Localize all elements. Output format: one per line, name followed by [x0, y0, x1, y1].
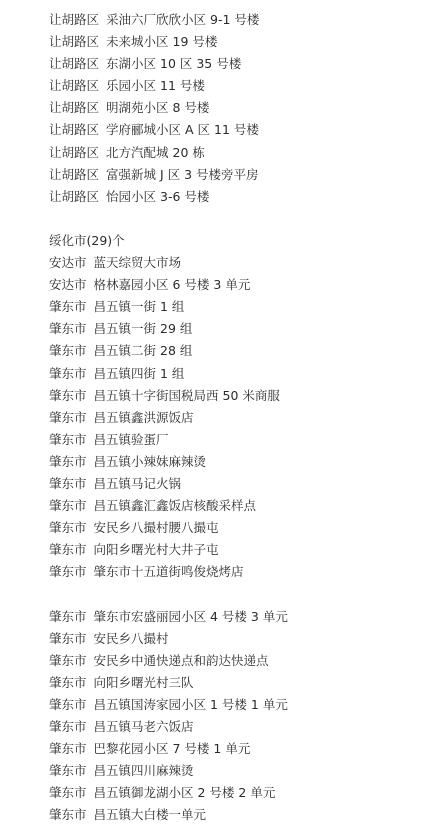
district-label: 让胡路区	[49, 142, 99, 164]
list-item: 肇东市昌五镇验蛋厂	[49, 429, 426, 451]
list-item: 肇东市肇东市十五道街鸣俊烧烤店	[49, 561, 426, 583]
list-item: 让胡路区北方汽配城 20 栋	[49, 142, 426, 164]
district-label: 肇东市	[49, 495, 87, 517]
district-label: 肇东市	[49, 340, 87, 362]
list-item: 肇东市向阳乡曙光村大井子屯	[49, 539, 426, 561]
district-label: 肇东市	[49, 296, 87, 318]
address-text: 昌五镇验蛋厂	[94, 432, 169, 447]
address-text: 巴黎花园小区 7 号楼 1 单元	[94, 741, 251, 756]
district-label: 让胡路区	[49, 186, 99, 208]
list-item: 肇东市肇东市宏盛丽园小区 4 号楼 3 单元	[49, 606, 426, 628]
district-label: 肇东市	[49, 694, 87, 716]
district-label: 安达市	[49, 252, 87, 274]
address-text: 富强新城 J 区 3 号楼旁平房	[106, 167, 259, 182]
district-label: 肇东市	[49, 451, 87, 473]
district-label: 肇东市	[49, 385, 87, 407]
district-label: 肇东市	[49, 539, 87, 561]
address-text: 昌五镇马老六饭店	[94, 719, 194, 734]
district-label: 肇东市	[49, 561, 87, 583]
district-label: 肇东市	[49, 628, 87, 650]
district-label: 让胡路区	[49, 31, 99, 53]
district-label: 肇东市	[49, 782, 87, 804]
address-text: 昌五镇十字街国税局西 50 米商服	[94, 388, 280, 403]
address-text: 蓝天综贸大市场	[94, 255, 182, 270]
list-item: 让胡路区怡园小区 3-6 号楼	[49, 186, 426, 208]
district-label: 肇东市	[49, 517, 87, 539]
address-text: 昌五镇鑫洪源饭店	[94, 410, 194, 425]
list-item: 肇东市昌五镇马记火锅	[49, 473, 426, 495]
address-text: 向阳乡曙光村大井子屯	[94, 542, 219, 557]
list-item: 让胡路区未来城小区 19 号楼	[49, 31, 426, 53]
section-zhaodong-continued: 肇东市肇东市宏盛丽园小区 4 号楼 3 单元 肇东市安民乡八撮村 肇东市安民乡中…	[49, 606, 426, 827]
list-item: 肇东市昌五镇国涛家园小区 1 号楼 1 单元	[49, 694, 426, 716]
blank-line	[49, 208, 426, 230]
list-item: 肇东市昌五镇四街 1 组	[49, 363, 426, 385]
list-item: 安达市格林嘉园小区 6 号楼 3 单元	[49, 274, 426, 296]
list-item: 让胡路区采油六厂欣欣小区 9-1 号楼	[49, 9, 426, 31]
list-item: 肇东市昌五镇鑫汇鑫饭店核酸采样点	[49, 495, 426, 517]
address-text: 安民乡八撮村腰八撮屯	[94, 520, 219, 535]
address-text: 采油六厂欣欣小区 9-1 号楼	[106, 12, 259, 27]
address-text: 安民乡中通快递点和韵达快递点	[94, 653, 269, 668]
district-label: 肇东市	[49, 804, 87, 826]
address-text: 未来城小区 19 号楼	[106, 34, 217, 49]
list-item: 肇东市昌五镇一街 29 组	[49, 318, 426, 340]
district-label: 让胡路区	[49, 53, 99, 75]
address-list-document: 让胡路区采油六厂欣欣小区 9-1 号楼 让胡路区未来城小区 19 号楼 让胡路区…	[0, 0, 426, 826]
address-text: 向阳乡曙光村三队	[94, 675, 194, 690]
district-label: 肇东市	[49, 407, 87, 429]
address-text: 乐园小区 11 号楼	[106, 78, 205, 93]
section-rang-hu-lu: 让胡路区采油六厂欣欣小区 9-1 号楼 让胡路区未来城小区 19 号楼 让胡路区…	[49, 9, 426, 208]
district-label: 肇东市	[49, 760, 87, 782]
list-item: 肇东市安民乡中通快递点和韵达快递点	[49, 650, 426, 672]
address-text: 明湖苑小区 8 号楼	[106, 100, 209, 115]
list-item: 肇东市昌五镇鑫洪源饭店	[49, 407, 426, 429]
list-item: 肇东市昌五镇二街 28 组	[49, 340, 426, 362]
address-text: 怡园小区 3-6 号楼	[106, 189, 209, 204]
address-text: 昌五镇大白楼一单元	[94, 807, 207, 822]
district-label: 让胡路区	[49, 164, 99, 186]
district-label: 肇东市	[49, 672, 87, 694]
address-text: 安民乡八撮村	[94, 631, 169, 646]
address-text: 肇东市十五道街鸣俊烧烤店	[94, 564, 244, 579]
district-label: 肇东市	[49, 650, 87, 672]
list-item: 肇东市安民乡八撮村	[49, 628, 426, 650]
district-label: 让胡路区	[49, 119, 99, 141]
address-text: 昌五镇马记火锅	[94, 476, 182, 491]
address-text: 东湖小区 10 区 35 号楼	[106, 56, 241, 71]
address-text: 肇东市宏盛丽园小区 4 号楼 3 单元	[94, 609, 288, 624]
address-text: 昌五镇一街 1 组	[94, 299, 185, 314]
list-item: 肇东市昌五镇四川麻辣烫	[49, 760, 426, 782]
address-text: 昌五镇国涛家园小区 1 号楼 1 单元	[94, 697, 288, 712]
address-text: 昌五镇御龙湖小区 2 号楼 2 单元	[94, 785, 276, 800]
address-text: 昌五镇四街 1 组	[94, 366, 185, 381]
district-label: 肇东市	[49, 318, 87, 340]
list-item: 肇东市昌五镇一街 1 组	[49, 296, 426, 318]
section-suihua: 绥化市(29)个 安达市蓝天综贸大市场 安达市格林嘉园小区 6 号楼 3 单元 …	[49, 230, 426, 584]
address-text: 格林嘉园小区 6 号楼 3 单元	[94, 277, 251, 292]
address-text: 昌五镇四川麻辣烫	[94, 763, 194, 778]
list-item: 安达市蓝天综贸大市场	[49, 252, 426, 274]
district-label: 肇东市	[49, 606, 87, 628]
list-item: 肇东市昌五镇大白楼一单元	[49, 804, 426, 826]
address-text: 北方汽配城 20 栋	[106, 145, 205, 160]
list-item: 让胡路区乐园小区 11 号楼	[49, 75, 426, 97]
list-item: 肇东市昌五镇十字街国税局西 50 米商服	[49, 385, 426, 407]
district-label: 让胡路区	[49, 9, 99, 31]
list-item: 让胡路区学府郦城小区 A 区 11 号楼	[49, 119, 426, 141]
list-item: 肇东市昌五镇小辣妹麻辣烫	[49, 451, 426, 473]
district-label: 肇东市	[49, 363, 87, 385]
blank-line	[49, 583, 426, 605]
address-text: 学府郦城小区 A 区 11 号楼	[106, 122, 259, 137]
district-label: 肇东市	[49, 429, 87, 451]
district-label: 肇东市	[49, 716, 87, 738]
district-label: 肇东市	[49, 738, 87, 760]
district-label: 肇东市	[49, 473, 87, 495]
district-label: 安达市	[49, 274, 87, 296]
address-text: 昌五镇鑫汇鑫饭店核酸采样点	[94, 498, 257, 513]
list-item: 肇东市昌五镇马老六饭店	[49, 716, 426, 738]
list-item: 肇东市向阳乡曙光村三队	[49, 672, 426, 694]
address-text: 昌五镇一街 29 组	[94, 321, 193, 336]
list-item: 让胡路区明湖苑小区 8 号楼	[49, 97, 426, 119]
address-text: 昌五镇二街 28 组	[94, 343, 193, 358]
list-item: 肇东市巴黎花园小区 7 号楼 1 单元	[49, 738, 426, 760]
list-item: 让胡路区富强新城 J 区 3 号楼旁平房	[49, 164, 426, 186]
list-item: 让胡路区东湖小区 10 区 35 号楼	[49, 53, 426, 75]
address-text: 昌五镇小辣妹麻辣烫	[94, 454, 207, 469]
list-item: 肇东市昌五镇御龙湖小区 2 号楼 2 单元	[49, 782, 426, 804]
section-heading: 绥化市(29)个	[49, 230, 426, 252]
district-label: 让胡路区	[49, 75, 99, 97]
list-item: 肇东市安民乡八撮村腰八撮屯	[49, 517, 426, 539]
district-label: 让胡路区	[49, 97, 99, 119]
